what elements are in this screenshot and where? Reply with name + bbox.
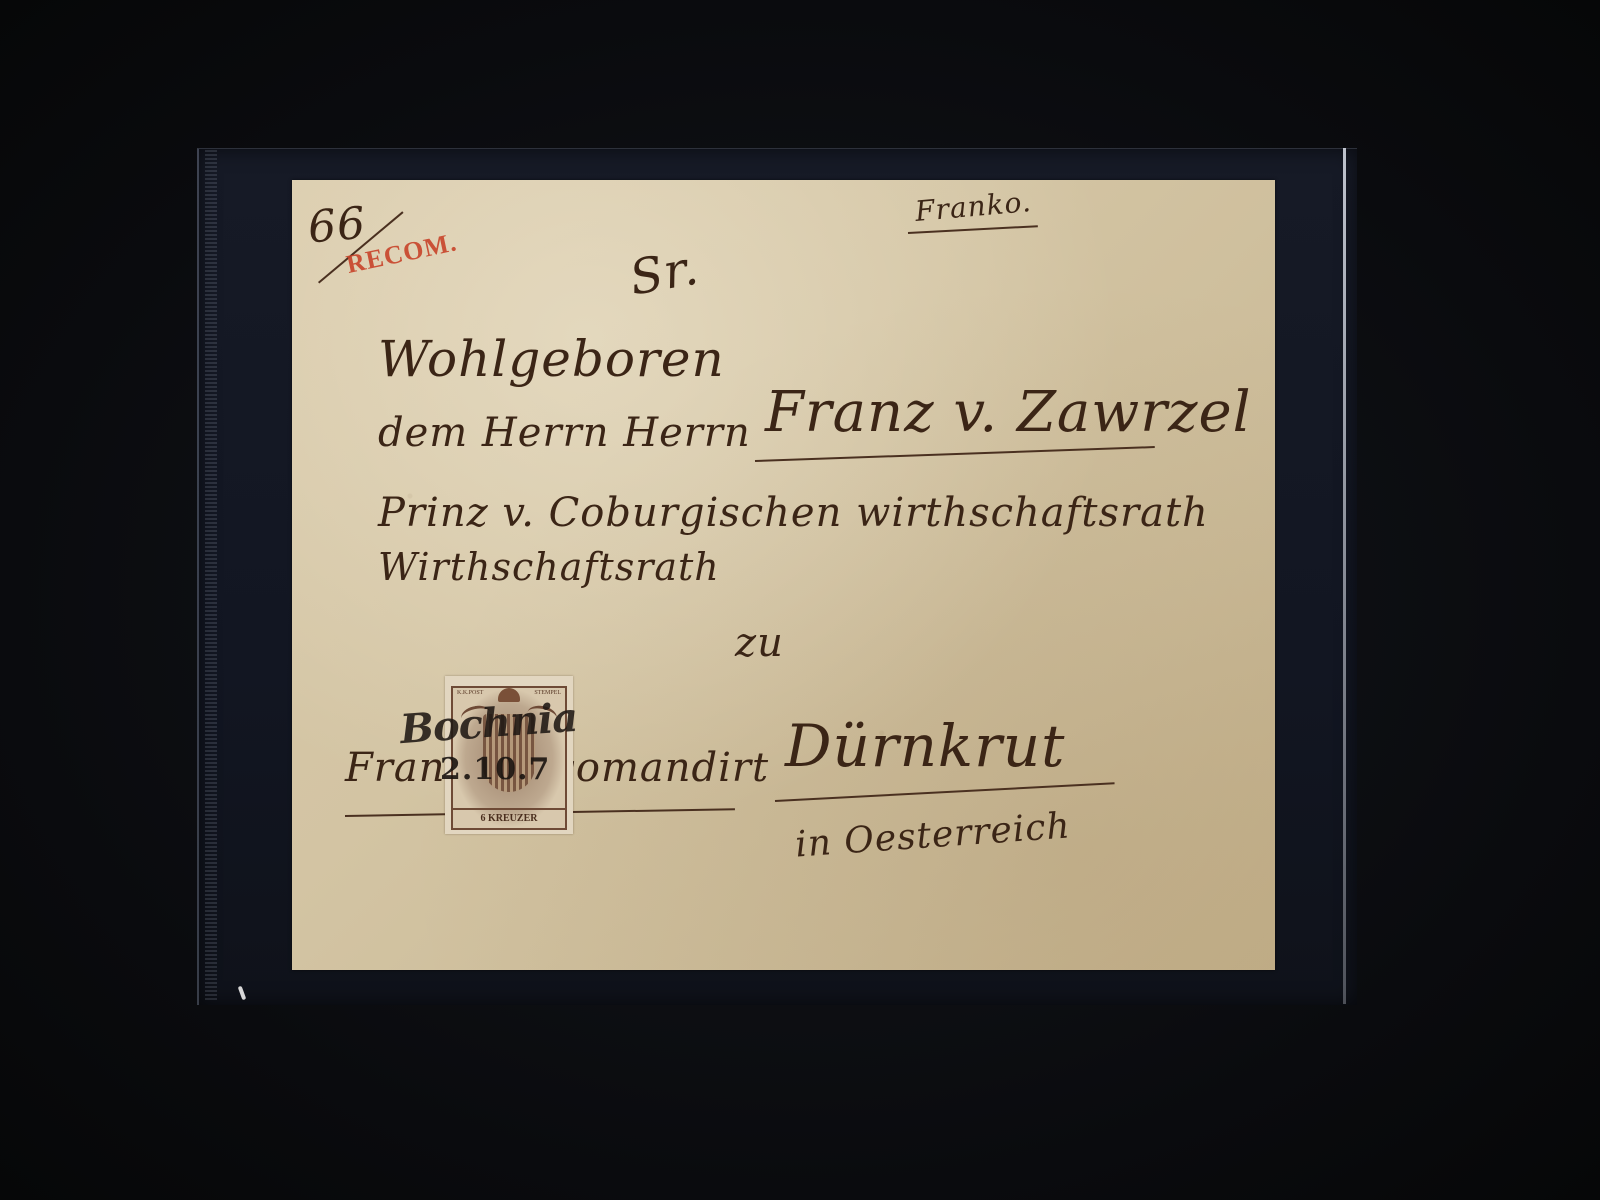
sleeve-right-edge: [1343, 148, 1346, 1004]
salutation: Sr.: [626, 239, 703, 306]
addressee-name: Franz v. Zawrzel: [765, 380, 1252, 445]
destination-town: Dürnkrut: [785, 712, 1065, 780]
address-line-herrn: dem Herrn Herrn: [378, 410, 751, 456]
address-line-title: Prinz v. Coburgischen wirthschaftsrath: [378, 490, 1209, 536]
cancellation-date: 2.10.7: [440, 752, 550, 787]
destination-prefix: zu: [735, 620, 784, 666]
docket-number: 66: [306, 198, 368, 254]
stamp-denomination: 6 KREUZER: [453, 808, 565, 828]
address-line-office: Wirthschaftsrath: [378, 545, 720, 589]
sleeve-left-edge: [205, 150, 217, 1000]
address-line-wohlgeboren: Wohlgeboren: [378, 330, 725, 388]
stamp-text-kk-post: K.K.POST: [457, 690, 483, 696]
